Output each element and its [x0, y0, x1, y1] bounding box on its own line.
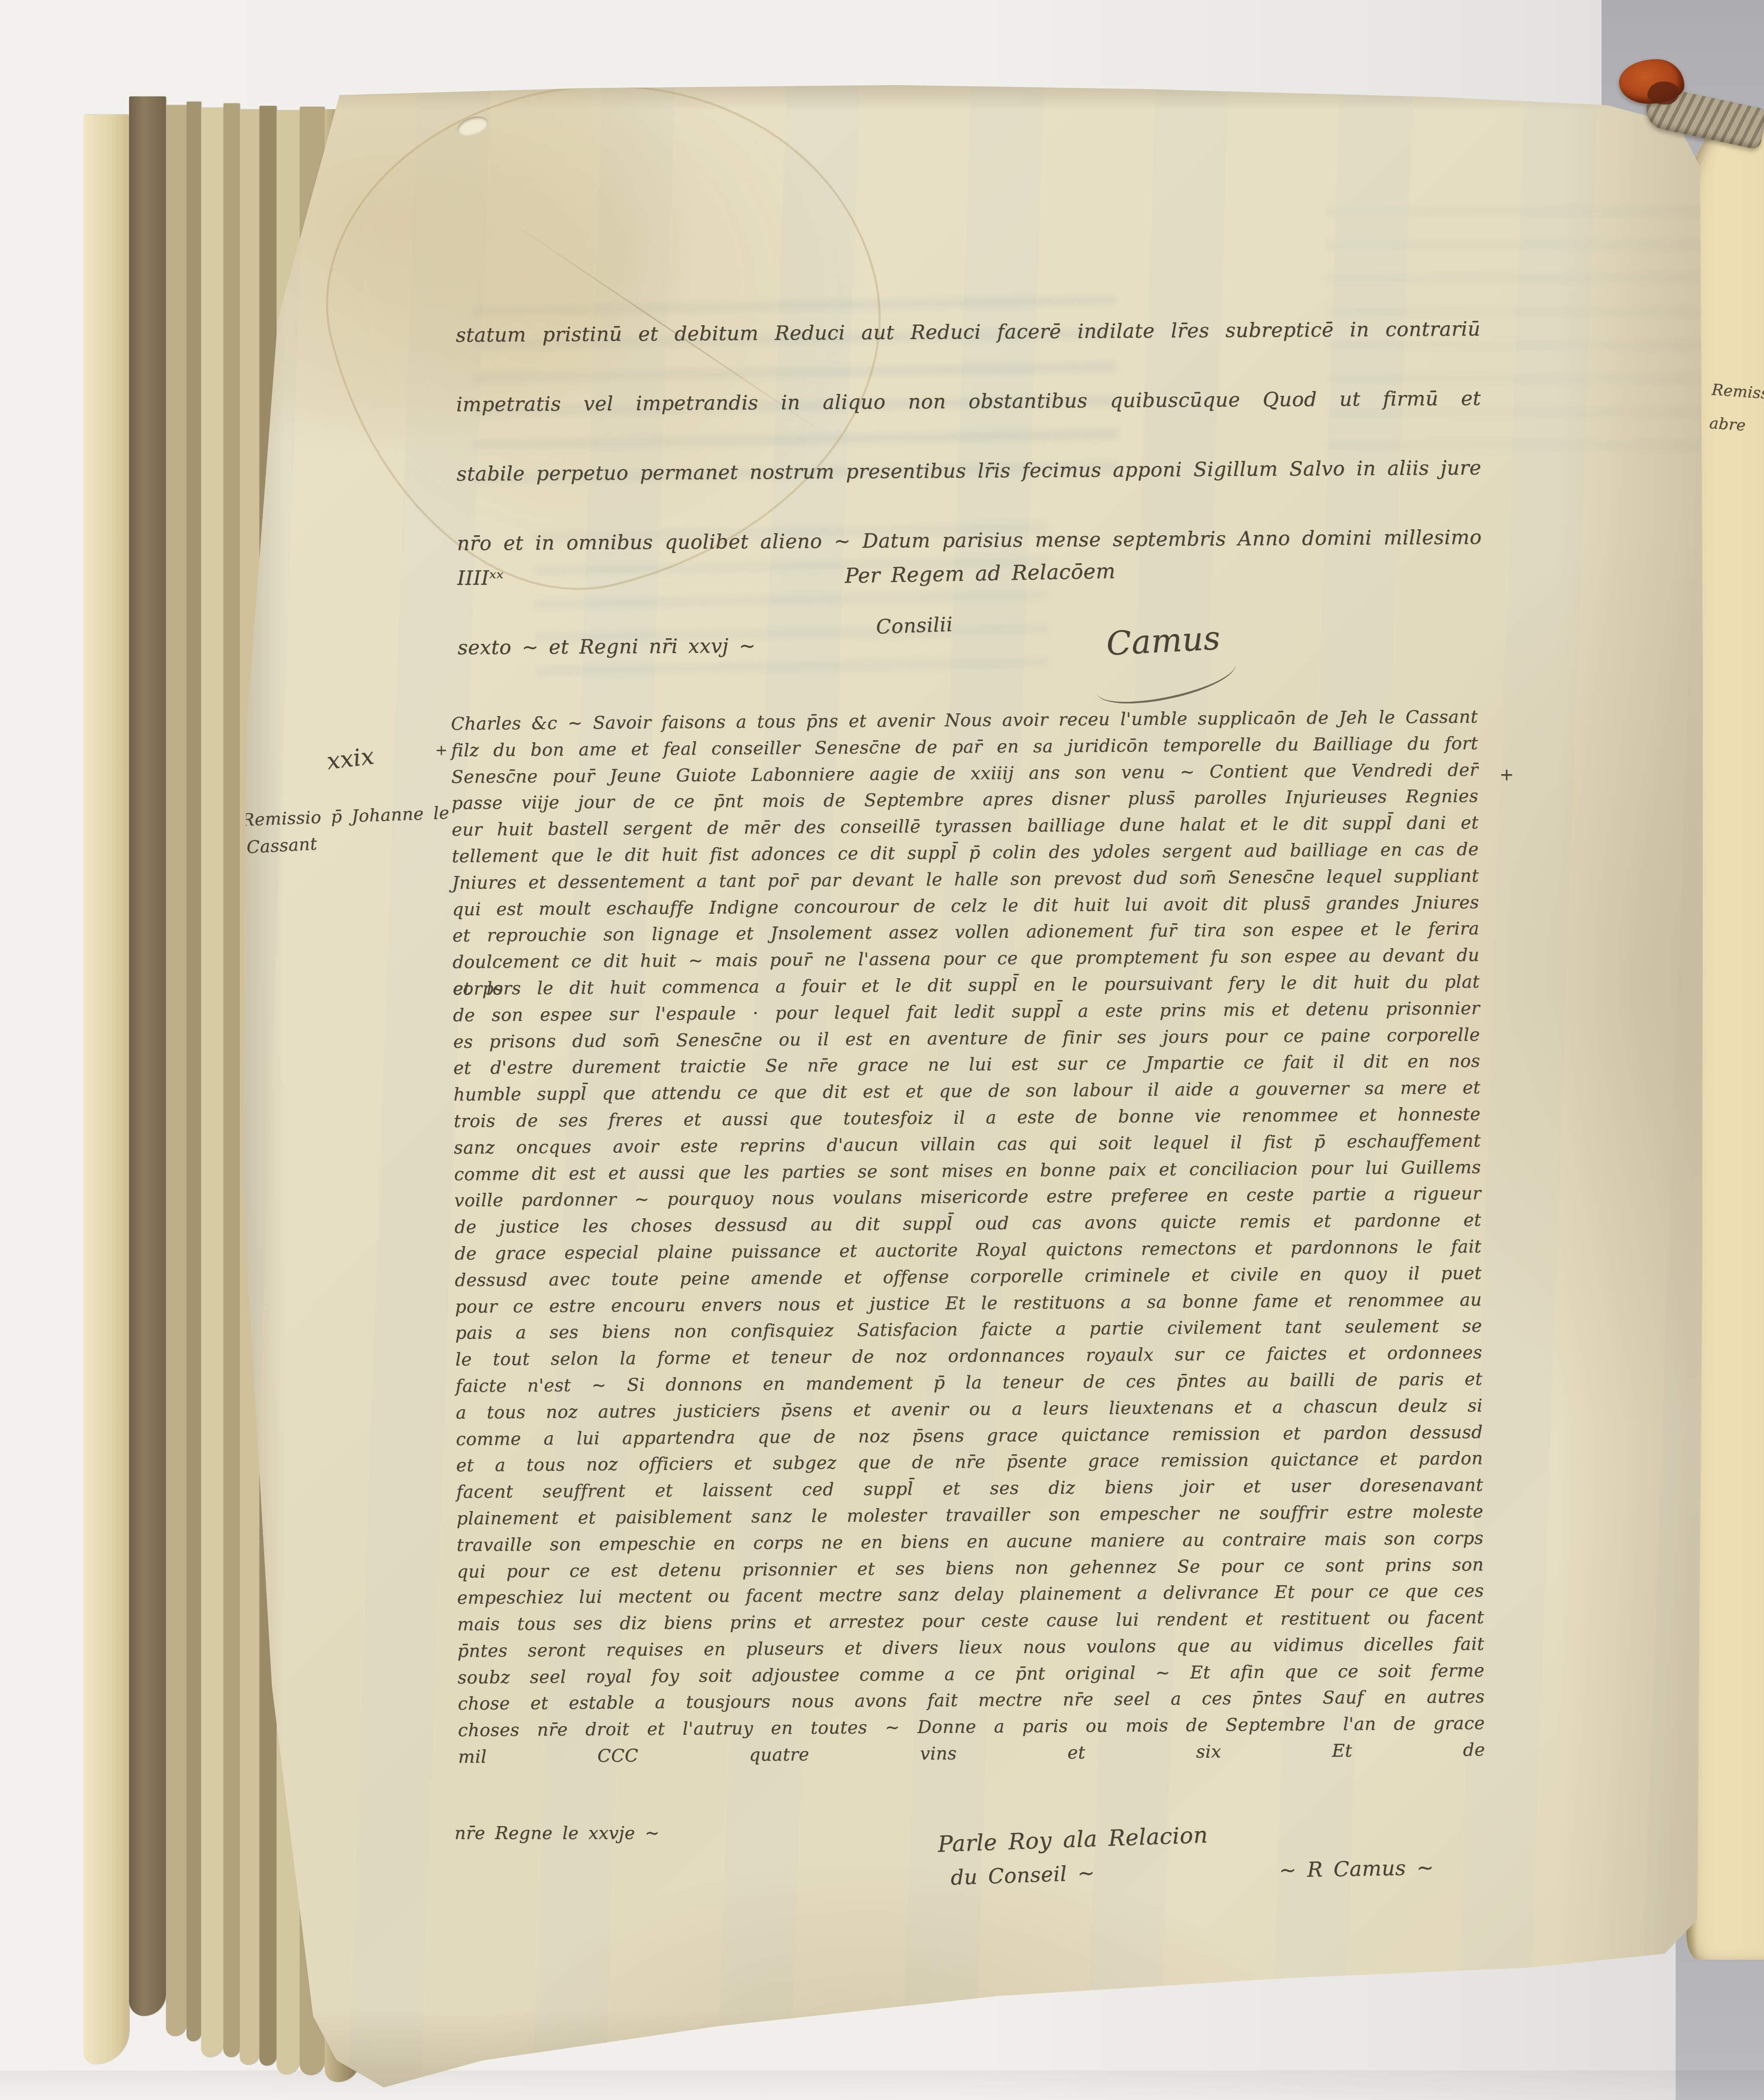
leaf-edge — [129, 96, 166, 2016]
consilii-line: Consilii — [876, 613, 953, 638]
latin-text-line: sexto ~ et Regni nr̄i xxvj ~ — [458, 624, 1482, 665]
remission-letter-body: Charles &c ~ Savoir faisons a tous p̄ns … — [451, 704, 1485, 1771]
leaf-edge — [187, 102, 201, 2041]
leaf-edge — [201, 108, 223, 2057]
next-page-text-fragment: Remiss abre — [1708, 373, 1764, 445]
manuscript-photo: Remiss abre statum pristinū et debitum R… — [0, 0, 1764, 2100]
closing-camus-signature: ~ R Camus ~ — [1279, 1856, 1434, 1882]
leaf-edge — [223, 103, 240, 2057]
camus-signature: Camus — [1105, 619, 1221, 663]
margin-rubric-line: Cassant — [246, 834, 318, 858]
leaf-edge — [166, 105, 187, 2036]
per-regem-line: Per Regem ad Relacōem — [845, 559, 1116, 588]
body-last-line: nr̄e Regne le xxvje ~ — [455, 1823, 660, 1843]
fragment-line: abre — [1708, 407, 1764, 445]
latin-text-line: statum pristinū et debitum Reduci aut Re… — [456, 312, 1481, 388]
closing-formula-line: du Conseil ~ — [950, 1861, 1095, 1890]
latin-text-line: stabile perpetuo permanet nostrum presen… — [457, 451, 1482, 526]
margin-rubric-line: Remissio p̄ Johanne le — [241, 803, 449, 830]
manuscript-page: statum pristinū et debitum Reduci aut Re… — [234, 78, 1704, 2088]
latin-closing-block: statum pristinū et debitum Reduci aut Re… — [456, 312, 1483, 665]
margin-entry-number: xxix — [325, 742, 376, 775]
margin-plus-mark: + — [435, 742, 448, 759]
fragment-line: Remiss — [1710, 373, 1764, 411]
right-margin-plus-mark: + — [1499, 765, 1514, 784]
latin-text-line: impetratis vel impetrandis in aliquo non… — [456, 381, 1481, 457]
closing-formula-line: Parle Roy ala Relacion — [937, 1822, 1208, 1857]
leaf-edge — [84, 114, 129, 2064]
